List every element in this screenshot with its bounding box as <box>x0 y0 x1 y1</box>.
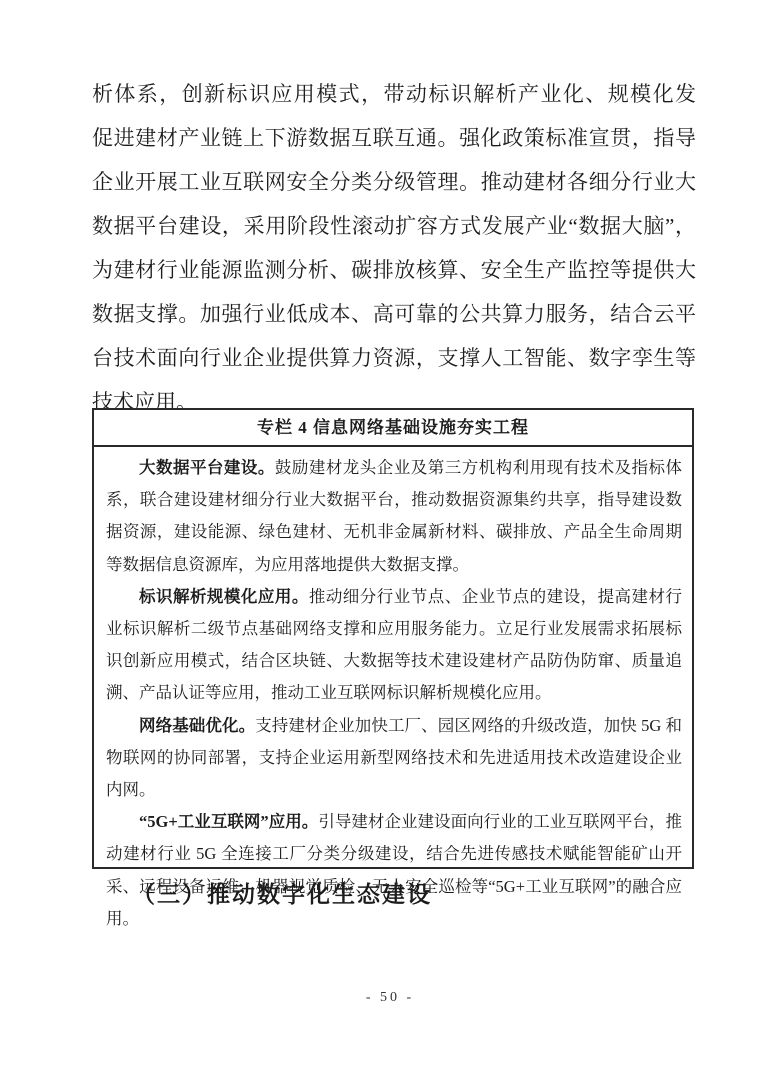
box-paragraph: 大数据平台建设。鼓励建材龙头企业及第三方机构利用现有技术及指标体系，联合建设建材… <box>106 452 682 581</box>
body-line: 数据支撑。加强行业低成本、高可靠的公共算力服务，结合云平 <box>92 292 696 336</box>
body-line: 促进建材产业链上下游数据互联互通。强化政策标准宣贯，指导 <box>92 116 696 160</box>
box-paragraph: 网络基础优化。支持建材企业加快工厂、园区网络的升级改造，加快 5G 和物联网的协… <box>106 710 682 807</box>
callout-box-body: 大数据平台建设。鼓励建材龙头企业及第三方机构利用现有技术及指标体系，联合建设建材… <box>94 447 692 935</box>
paragraph-lead: 大数据平台建设。 <box>139 458 275 477</box>
box-paragraph: 标识解析规模化应用。推动细分行业节点、企业节点的建设，提高建材行业标识解析二级节… <box>106 581 682 710</box>
paragraph-lead: 网络基础优化。 <box>139 716 255 735</box>
body-text-block: 析体系，创新标识应用模式，带动标识解析产业化、规模化发展， 促进建材产业链上下游… <box>92 72 696 424</box>
body-line: 台技术面向行业企业提供算力资源，支撑人工智能、数字孪生等 <box>92 336 696 380</box>
body-line: 企业开展工业互联网安全分类分级管理。推动建材各细分行业大 <box>92 160 696 204</box>
document-page: 析体系，创新标识应用模式，带动标识解析产业化、规模化发展， 促进建材产业链上下游… <box>0 0 780 1070</box>
body-line: 为建材行业能源监测分析、碳排放核算、安全生产监控等提供大 <box>92 248 696 292</box>
body-line: 数据平台建设，采用阶段性滚动扩容方式发展产业“数据大脑”， <box>92 204 696 248</box>
box-paragraph: “5G+工业互联网”应用。引导建材企业建设面向行业的工业互联网平台，推动建材行业… <box>106 806 682 935</box>
callout-box-title: 专栏 4 信息网络基础设施夯实工程 <box>94 410 692 447</box>
paragraph-lead: 标识解析规模化应用。 <box>139 587 309 606</box>
body-line: 析体系，创新标识应用模式，带动标识解析产业化、规模化发展， <box>92 72 696 116</box>
paragraph-lead: “5G+工业互联网”应用。 <box>139 812 318 831</box>
callout-box: 专栏 4 信息网络基础设施夯实工程 大数据平台建设。鼓励建材龙头企业及第三方机构… <box>92 408 694 869</box>
page-number: - 50 - <box>0 990 780 1006</box>
section-heading: （三）推动数字化生态建设 <box>92 876 696 909</box>
